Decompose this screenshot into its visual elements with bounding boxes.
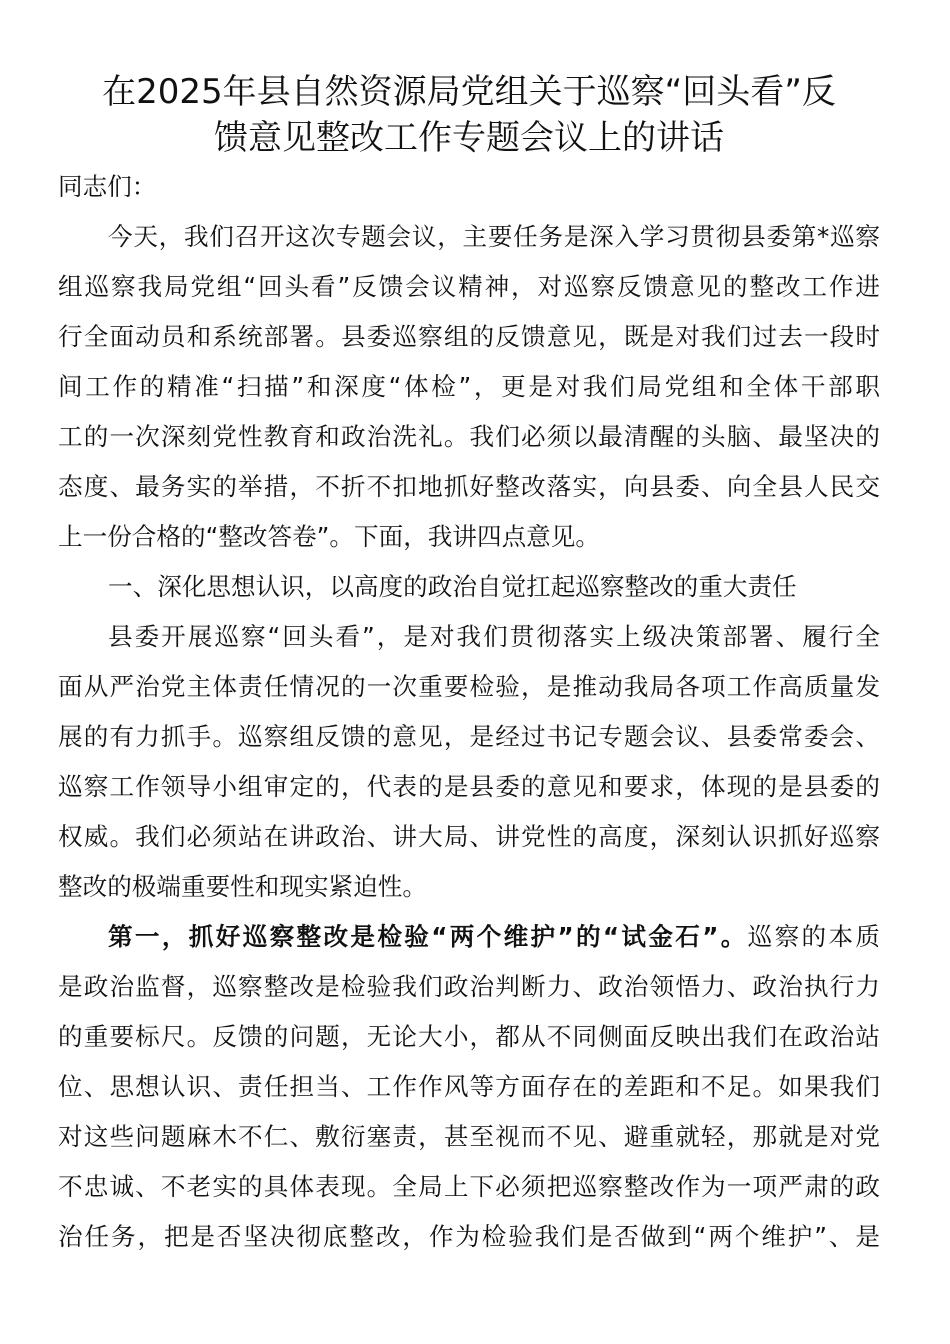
paragraph-line: 展的有力抓手。巡察组反馈的意见，是经过书记专题会议、县委常委会、 xyxy=(58,722,880,752)
paragraph-line: 组巡察我局党组“回头看”反馈会议精神，对巡察反馈意见的整改工作进 xyxy=(58,272,880,302)
paragraph-line: 今天，我们召开这次专题会议，主要任务是深入学习贯彻县委第*巡察 xyxy=(58,222,880,252)
document-title-line-2: 馈意见整改工作专题会议上的讲话 xyxy=(58,114,880,162)
paragraph-line: 整改的极端重要性和现实紧迫性。 xyxy=(58,872,880,902)
paragraph-line: 县委开展巡察“回头看”，是对我们贯彻落实上级决策部署、履行全 xyxy=(58,622,880,652)
paragraph-line: 权威。我们必须站在讲政治、讲大局、讲党性的高度，深刻认识抓好巡察 xyxy=(58,822,880,852)
paragraph-line: 上一份合格的“整改答卷”。下面，我讲四点意见。 xyxy=(58,522,880,552)
paragraph-line: 巡察工作领导小组审定的，代表的是县委的意见和要求，体现的是县委的 xyxy=(58,772,880,802)
document-title-line-1: 在2025年县自然资源局党组关于巡察“回头看”反 xyxy=(58,68,880,116)
paragraph-text: 巡察的本质 xyxy=(748,922,880,951)
salutation: 同志们： xyxy=(58,172,880,202)
paragraph-line: 的重要标尺。反馈的问题，无论大小，都从不同侧面反映出我们在政治站 xyxy=(58,1022,880,1052)
paragraph-line: 对这些问题麻木不仁、敷衍塞责，甚至视而不见、避重就轻，那就是对党 xyxy=(58,1122,880,1152)
paragraph-line: 不忠诚、不老实的具体表现。全局上下必须把巡察整改作为一项严肃的政 xyxy=(58,1172,880,1202)
paragraph-line: 位、思想认识、责任担当、工作作风等方面存在的差距和不足。如果我们 xyxy=(58,1072,880,1102)
bold-lead-sentence: 第一，抓好巡察整改是检验“两个维护”的“试金石”。 xyxy=(108,922,748,951)
paragraph-line: 间工作的精准“扫描”和深度“体检”，更是对我们局党组和全体干部职 xyxy=(58,372,880,402)
section-heading: 一、深化思想认识，以高度的政治自觉扛起巡察整改的重大责任 xyxy=(58,572,880,602)
paragraph-line: 治任务，把是否坚决彻底整改，作为检验我们是否做到“两个维护”、是 xyxy=(58,1222,880,1252)
paragraph-line: 是政治监督，巡察整改是检验我们政治判断力、政治领悟力、政治执行力 xyxy=(58,972,880,1002)
paragraph-line: 态度、最务实的举措，不折不扣地抓好整改落实，向县委、向全县人民交 xyxy=(58,472,880,502)
paragraph-line: 第一，抓好巡察整改是检验“两个维护”的“试金石”。巡察的本质 xyxy=(58,922,880,952)
paragraph-line: 行全面动员和系统部署。县委巡察组的反馈意见，既是对我们过去一段时 xyxy=(58,322,880,352)
paragraph-line: 面从严治党主体责任情况的一次重要检验，是推动我局各项工作高质量发 xyxy=(58,672,880,702)
paragraph-line: 工的一次深刻党性教育和政治洗礼。我们必须以最清醒的头脑、最坚决的 xyxy=(58,422,880,452)
